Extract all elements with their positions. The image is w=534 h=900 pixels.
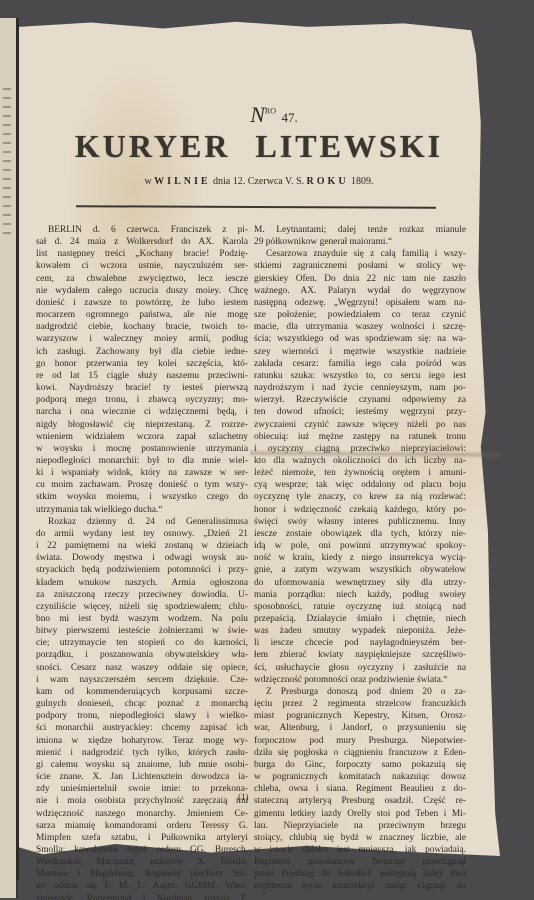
text-line: gierskiey Ofen. Do dnia 22 nic tam nie z… — [254, 273, 466, 285]
text-line: ność w kraiu, kiedy z niego insurrekcya … — [254, 552, 466, 564]
article-column-left: BERLIN d. 6 czerwca. Franciszek z pi-sał… — [36, 224, 248, 900]
text-line: stkim woysku moiemu, i wszystko czego do — [36, 491, 248, 503]
text-line: Rozkaz dzienny d. 24 od Generalissimusa — [36, 516, 248, 528]
text-line: 29 półkownikow generał maiorami.“ — [254, 236, 466, 248]
text-line: donieść i zawsze to powtórzę, że lubo ie… — [36, 297, 248, 309]
text-line: leżeć niemoże, ten żywnością orężem i am… — [254, 467, 466, 479]
text-line: niepodległości monarchii: był to dla mni… — [36, 455, 248, 467]
text-line: cem, za chwalebne zwycięztwo, lecz iescz… — [36, 273, 248, 285]
text-line: świata. Dowody męstwa i odwagi woysk au- — [36, 552, 248, 564]
text-line: cie; utrzymaycie ten stopień co do karno… — [36, 637, 248, 649]
text-line: mania porządku: niech każdy, podług swoi… — [254, 589, 466, 601]
dateline: w WILNIE dnia 12. Czerwca V. S. ROKU 180… — [47, 176, 471, 187]
text-line: ści monarchii austryackiey: chcemy zapis… — [36, 722, 248, 734]
text-line: dziła się pogłoska o ciągnieniu francuzo… — [254, 747, 466, 759]
text-line: sarza mianuię komandorami orderu Teressy… — [36, 820, 248, 832]
text-line: bno mi iest bydź waszym wodzem. Na polu — [36, 613, 248, 625]
text-line: wdzięczność naszego monarchy. Jmieniem C… — [36, 808, 248, 820]
text-line: sposobności, ratuie oyczyznę iuż stoiącą… — [254, 601, 466, 613]
text-line: przez Presburg do Saloshof: postępuią da… — [254, 868, 466, 880]
text-line: porządku, i poszanowania obywatelskiey w… — [36, 649, 248, 661]
text-line: miast pogranicznych Kepestry, Kitsen, Or… — [254, 710, 466, 722]
text-line: BERLIN d. 6 czerwca. Franciszek z pi- — [36, 224, 248, 236]
text-line: za zniszczoną rzeczy przeciwney dowiodła… — [36, 589, 248, 601]
issue-number: NRO 47. — [224, 102, 324, 128]
text-line: nadgrodzić ciebie, kochany bracie, twoic… — [36, 321, 248, 333]
text-line: Smolla; kawalerami tegoż orderu GG. Bure… — [36, 844, 248, 856]
text-line: obiecuią: iuż mężne zastępy na ratunek t… — [254, 431, 466, 443]
text-line: chleba, owsa i siana. Regiment Beaulieu … — [254, 783, 466, 795]
text-line: mocarzem ogromnego państwa, ale nie mogę — [36, 309, 248, 321]
issue-number-value: 47. — [282, 110, 298, 125]
text-line: nie i moia osobista przychylność zaręcza… — [36, 795, 248, 807]
text-line: Cesarzowa znayduie się z całą familią i … — [254, 248, 466, 260]
text-line: M. Leytnantami; dalej tenże rozkaz mianu… — [254, 224, 466, 236]
text-line: imiona w xiędze bohatyrow. Teraz mogę wy… — [36, 735, 248, 747]
text-line: burga do Ginc, forpoczty samo pokazuią s… — [254, 759, 466, 771]
text-line: w woysku i mocnę postanowienie utrzymani… — [36, 443, 248, 455]
text-line: forpocztow pod mury Presburga. Niepotwie… — [254, 735, 466, 747]
text-line: ści, usłuchaycie głosu oyczyzny i zasłuż… — [254, 662, 466, 674]
text-line: cyą wesprze; tak więc oddalony od placu … — [254, 479, 466, 491]
text-line: ich zasługi. Zachowany był dla ciebie ie… — [36, 346, 248, 358]
text-line: szey wierności i męztwie wszystkie nadzi… — [254, 346, 466, 358]
adjacent-page-text-fragments — [3, 88, 11, 238]
text-line: kładem wnukow naszych. Armia ogłoszona — [36, 577, 248, 589]
text-line: stryackich będą podziwieniem potomności … — [36, 564, 248, 576]
text-line: kowi. Naydroższy bracie! ty iesteś pierw… — [36, 382, 248, 394]
text-line: ważnego. AX. Palatyn wydał do węgrzynow — [254, 285, 466, 297]
text-line: oyczyznę tyle znaczy, co krew za nią roz… — [254, 491, 466, 503]
page-number: (1) — [238, 792, 249, 802]
text-line: iescze zostaie obowiązek dla tych, którz… — [254, 528, 466, 540]
text-line: sności. Cesarz nasz waszey oddaie się op… — [36, 662, 248, 674]
text-line: stkiemi zagranicznemi posłami w stolicy … — [254, 260, 466, 272]
text-line: narcha i ona wiecznie ci wdzięcznemi będ… — [36, 406, 248, 418]
text-line: Mimpfen szefa sztabu, i Pułkownika artyl… — [36, 832, 248, 844]
text-line: gulnych donieseń, chcąc poznać z monarch… — [36, 698, 248, 710]
text-line: wierzył. Rzeczywiście czynami odpowiemy … — [254, 394, 466, 406]
text-line: łem zbierać kwiaty naypiękniejsze szczęś… — [254, 649, 466, 661]
issue-prefix: N — [250, 102, 265, 127]
text-line: kam od kommenderuiących korpusami szcze- — [36, 686, 248, 698]
text-line: bitwy pierwszemi iesteście żołnierzami w… — [36, 625, 248, 637]
text-line: sał d. 24 maia z Wolkersdorf do AX. Karo… — [36, 236, 248, 248]
text-line: Regiment powstańcow Neutraer przeciągnął — [254, 856, 466, 868]
text-line: li iescze chcecie pod nayłagodnieyszém b… — [254, 637, 466, 649]
text-line: podporą mego tronu, i zbawcą oyczyzny; m… — [36, 394, 248, 406]
dateline-date: dnia 12. Czerwca V. S. — [213, 176, 304, 187]
text-line: zakłada cesarz: familia iego cała pośród… — [254, 358, 466, 370]
text-line: sze położenie; powiedziałem co teraz czy… — [254, 309, 466, 321]
issue-sup: RO — [265, 107, 276, 116]
text-line: nie wydałem całego uczucia duszy moiey. … — [36, 285, 248, 297]
text-line: go honor przerwania tey kolei szczęścia,… — [36, 358, 248, 370]
text-line: warzyszow i walecznęy moiey armii, podłu… — [36, 333, 248, 345]
text-line: naydroższym i nad życie cennieyszym, nam… — [254, 382, 466, 394]
text-line: war, Altenburg, i Jandorf, o przysunieni… — [254, 722, 466, 734]
text-line: kowałem ci wczora ustnie, nayczulszém se… — [36, 260, 248, 272]
text-line: cu moim zachawam. Proszę donieść o tym w… — [36, 479, 248, 491]
dateline-city: WILNIE — [154, 176, 210, 187]
text-line: gi całemu woysku są znaiome, lub mnie os… — [36, 759, 248, 771]
dateline-w: w — [144, 176, 151, 187]
text-line: gnie, a zatym wzywam wszystkich obywatel… — [254, 564, 466, 576]
text-line: zwyczaieni czynić zawsze więcey niżeli p… — [254, 419, 466, 431]
text-line: mienić i nadgrodzić tych tylko, których … — [36, 747, 248, 759]
article-column-right: M. Leytnantami; dalej tenże rozkaz mianu… — [254, 224, 466, 893]
text-line: ratunku szuka: wszystko to, co sercu ieg… — [254, 370, 466, 382]
text-line: i oyczyzny ciągną przeciwko nieprzyiacie… — [254, 443, 466, 455]
text-line: utrzymania tak wielkiego ducha.“ — [36, 504, 248, 516]
text-line: w pogranicznych komitatach nakazuiąc dow… — [254, 771, 466, 783]
text-line: regimenta teyże insurrekcyi maiąc ciągną… — [254, 880, 466, 892]
text-line: Wiedrunkel, Macquant, maiorow X. Kinski, — [36, 856, 248, 868]
text-line: wdzięczność potomności oraz podziwienie … — [254, 674, 466, 686]
text-line: ście znane. X. Jan Lichtensztein dowodzc… — [36, 771, 248, 783]
text-line: do armii wydany iest tey osnowy. „Dzień … — [36, 528, 248, 540]
text-line: następną odezwę. „Węgrzyni! opisałem wam… — [254, 297, 466, 309]
text-line: re od lat 15 ciągle służy naszemu przeci… — [36, 370, 248, 382]
text-line: zdy unieśmiertelnił swoie imie: to przek… — [36, 783, 248, 795]
text-line: w istocie daleko iest mnieysza, iak powi… — [254, 844, 466, 856]
text-line: podpory tronu, niepodległości sławy i wi… — [36, 710, 248, 722]
text-line: idą w pole, oni powinni utrzymywać spoko… — [254, 540, 466, 552]
text-line: Z Presburga donoszą pod dniem 20 o za- — [254, 686, 466, 698]
text-line: zingerode, Rottermund i Nordman zostaią … — [36, 893, 248, 900]
text-line: art oddaie się F. M. L. Aspre. GGMM. Wie… — [36, 880, 248, 892]
text-line: ki i wspaniały widok, który na zawsze w … — [36, 467, 248, 479]
text-line: honor i wdzięczność czekaią każdego, któ… — [254, 504, 466, 516]
text-line: ścia; wszystkiego od was spodziewam się:… — [254, 333, 466, 345]
newspaper-title: KURYER LITEWSKI — [47, 128, 471, 165]
dateline-roku: ROKU — [307, 176, 349, 187]
text-line: i wam nayszczerszém sercem dziękuie. Cze… — [36, 674, 248, 686]
text-line: nigdy błogosławić cię nieprzestaną. Z ro… — [36, 419, 248, 431]
text-line: kto dla ważnych okoliczności do ich licz… — [254, 455, 466, 467]
text-line: was żaden smutny wypadek nieponiża. Jeże… — [254, 625, 466, 637]
text-line: stoiący, chlubią się bydź w znaczney lic… — [254, 832, 466, 844]
text-line: ten dowod ufności; iesteśmy węgrzyni prz… — [254, 406, 466, 418]
text-line: przepaścią. Działaycie śmiało i chętnie,… — [254, 613, 466, 625]
text-line: czyniliście więcey, niżeli się spodziewa… — [36, 601, 248, 613]
text-line: list następney treści „Kochany bracie! P… — [36, 248, 248, 260]
text-line: i 22 pamiętnemi na wieki zostaną w dziei… — [36, 540, 248, 552]
text-line: macie, dla utrzymania waszey wolności i … — [254, 321, 466, 333]
text-line: ięciu przez 2 regimenta strzelcow francu… — [254, 698, 466, 710]
text-line: wnieniem widziałem wczora zapał szlachet… — [36, 431, 248, 443]
text-line: stateczną artyleryą Presburg osadził. Cz… — [254, 795, 466, 807]
book-spine — [16, 18, 19, 880]
dateline-year: 1809. — [351, 176, 374, 187]
text-line: lau. Nieprzyiaciele na przeciwnym brzegu — [254, 820, 466, 832]
text-line: Murman i Magdeburg. Regiment piechoty St… — [36, 868, 248, 880]
text-line: gimentu letkiey iazdy Orelly stoi pod Te… — [254, 808, 466, 820]
text-line: do uformowania wewnętrzney siły dla utrz… — [254, 577, 466, 589]
text-line: święci swóy własny interes publicznemu. … — [254, 516, 466, 528]
